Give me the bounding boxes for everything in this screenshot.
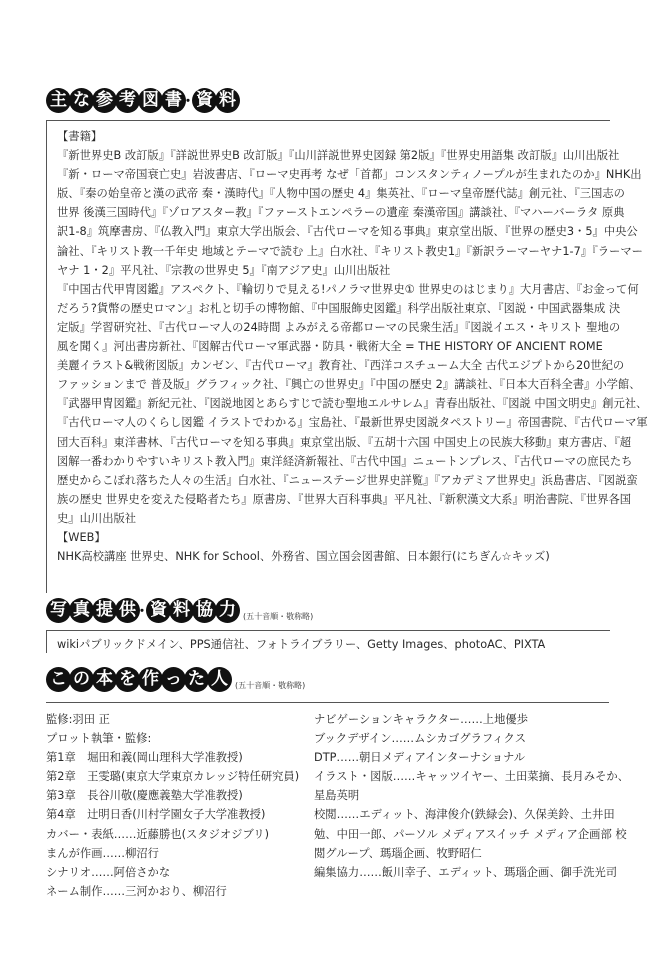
photo-credits-box: wikiパブリックドメイン、PPS通信社、フォトライブラリー、Getty Ima… [46, 630, 610, 653]
photo-credits-title-char: 真 [69, 598, 94, 623]
staff-credit-line: 閲グループ、瑪瑙企画、牧野昭仁 [314, 844, 629, 863]
book-reference-line: 『新世界史B 改訂版』『詳説世界史B 改訂版』『山川詳説世界史図録 第2版』『世… [57, 146, 610, 165]
staff-box: 監修:羽田 正プロット執筆・監修:第1章 堀田和義(岡山理科大学准教授)第2章 … [46, 702, 609, 903]
staff-credit-line: 第1章 堀田和義(岡山理科大学准教授) [46, 748, 299, 767]
book-reference-line: 『新・ローマ帝国衰亡史』岩波書店、『ローマ史再考 なぜ「首都」コンスタンティノー… [57, 165, 610, 184]
book-reference-line: 論社、『キリスト教一千年史 地域とテーマで読む 上』白水社、『キリスト教史1』『… [57, 242, 610, 261]
references-box: 【書籍】 『新世界史B 改訂版』『詳説世界史B 改訂版』『山川詳説世界史図録 第… [46, 120, 610, 593]
staff-left-column: 監修:羽田 正プロット執筆・監修:第1章 堀田和義(岡山理科大学准教授)第2章 … [46, 710, 299, 901]
staff-heading: この本を作った人 (五十音順・敬称略) [46, 667, 305, 692]
book-reference-line: 『武器甲冑図鑑』新紀元社、『図説地図とあらすじで読む聖地エルサレム』青春出版社、… [57, 394, 610, 413]
photo-credits-title-char: 写 [46, 598, 71, 623]
book-reference-line: 『中国古代甲冑図鑑』アスペクト、『輪切りで見える!パノラマ世界史① 世界史のはじ… [57, 280, 610, 299]
references-title-char: 考 [115, 88, 140, 113]
staff-title-char: こ [46, 667, 71, 692]
staff-credit-line: ブックデザイン……ムシカゴグラフィクス [314, 729, 629, 748]
book-reference-line: 歴史からこぼれ落ちた人々の生活』白水社、『ニューステージ世界史詳覧』『アカデミア… [57, 471, 610, 490]
book-reference-line: ファッションまで 普及版』グラフィック社、『興亡の世界史』『中国の歴史 2』講談… [57, 375, 610, 394]
book-reference-line: 図解一番わかりやすいキリスト教入門』東洋経済新報社、『古代中国』ニュートンプレス… [57, 452, 610, 471]
photo-credits-title-char: 力 [215, 598, 240, 623]
staff-credit-line: DTP……朝日メディアインターナショナル [314, 748, 629, 767]
photo-credits-title-char: 協 [192, 598, 217, 623]
book-reference-line: 美麗イラスト&戦術図版』カンゼン、『古代ローマ』教育社、『西洋コスチューム大全 … [57, 356, 610, 375]
staff-credit-line: 監修:羽田 正 [46, 710, 299, 729]
photo-credits-heading: 写真提供・資料協力 (五十音順・敬称略) [46, 598, 313, 623]
book-reference-line: だろう?貨幣の歴史ロマン』お札と切手の博物館、『中国服飾史図鑑』科学出版社東京、… [57, 299, 610, 318]
book-reference-line: 族の歴史 世界史を変えた侵略者たち』原書房、『世界大百科事典』平凡社、『新釈漢文… [57, 490, 610, 509]
references-title-char: 主 [46, 88, 71, 113]
staff-credit-line: 勉、中田一郎、パーソル メディアスイッチ メディア企画部 校 [314, 825, 629, 844]
references-title-separator: ・ [184, 88, 192, 113]
staff-title-char: 本 [92, 667, 117, 692]
photo-credits-text: wikiパブリックドメイン、PPS通信社、フォトライブラリー、Getty Ima… [57, 635, 610, 654]
photo-credits-title-separator: ・ [138, 598, 146, 623]
staff-credit-line: ネーム制作……三河かおり、柳沼行 [46, 882, 299, 901]
book-reference-line: ヤナ 1・2』平凡社、『宗教の世界史 5』『南アジア史』山川出版社 [57, 261, 610, 280]
staff-credit-line: プロット執筆・監修: [46, 729, 299, 748]
references-title-char: な [69, 88, 94, 113]
book-reference-line: 風を聞く』河出書房新社、『図解古代ローマ軍武器・防具・戦術大全 = THE HI… [57, 337, 610, 356]
photo-credits-note: (五十音順・敬称略) [243, 611, 313, 622]
photo-credits-title-char: 料 [169, 598, 194, 623]
staff-title-char: た [184, 667, 209, 692]
staff-credit-line: 第2章 王雯璐(東京大学東京カレッジ特任研究員) [46, 767, 299, 786]
references-title-char: 参 [92, 88, 117, 113]
photo-credits-title-char: 資 [146, 598, 171, 623]
staff-credit-line: カバー・表紙……近藤勝也(スタジオジブリ) [46, 825, 299, 844]
books-label: 【書籍】 [57, 127, 610, 146]
staff-credit-line: 校閲……エディット、海津俊介(鉄緑会)、久保美鈴、土井田 [314, 805, 629, 824]
staff-credit-line: まんが作画……柳沼行 [46, 844, 299, 863]
book-reference-line: 版、『秦の始皇帝と漢の武帝 秦・漢時代』『人物中国の歴史 4』集英社、『ローマ皇… [57, 184, 610, 203]
staff-title-char: っ [161, 667, 186, 692]
staff-credit-line: 第3章 長谷川敬(慶應義塾大学准教授) [46, 786, 299, 805]
book-reference-line: 史』山川出版社 [57, 509, 610, 528]
staff-credit-line: 星島英明 [314, 786, 629, 805]
web-sources: NHK高校講座 世界史、NHK for School、外務省、国立国会図書館、日… [57, 547, 610, 566]
staff-credit-line: シナリオ……阿倍さかな [46, 863, 299, 882]
staff-title-char: 作 [138, 667, 163, 692]
staff-title-char: の [69, 667, 94, 692]
staff-credit-line: 編集協力……飯川幸子、エディット、瑪瑙企画、御手洗光司 [314, 863, 629, 882]
references-title-char: 料 [215, 88, 240, 113]
photo-credits-title-char: 提 [92, 598, 117, 623]
web-label: 【WEB】 [57, 528, 610, 547]
book-reference-line: 訳1-8』筑摩書房、『仏教入門』東京大学出版会、『古代ローマを知る事典』東京堂出… [57, 222, 610, 241]
staff-credit-line: イラスト・図版……キャッツイヤー、土田菜摘、長月みそか、 [314, 767, 629, 786]
book-reference-line: 世界 後漢三国時代』『ゾロアスター教』『ファーストエンペラーの遺産 秦漢帝国』講… [57, 203, 610, 222]
staff-title-char: を [115, 667, 140, 692]
book-reference-line: 『古代ローマ人のくらし図鑑 イラストでわかる』宝島社、『最新世界史図説タペストリ… [57, 413, 610, 432]
references-title-char: 資 [192, 88, 217, 113]
book-reference-line: 定版』学習研究社、『古代ローマ人の24時間 よみがえる帝都ローマの民衆生活』『図… [57, 318, 610, 337]
references-title-char: 図 [138, 88, 163, 113]
references-heading: 主な参考図書・資料 [46, 88, 238, 113]
book-reference-line: 団大百科』東洋書林、『古代ローマを知る事典』東京堂出版、『五胡十六国 中国史上の… [57, 433, 610, 452]
staff-credit-line: ナビゲーションキャラクター……上地優歩 [314, 710, 629, 729]
staff-title-char: 人 [207, 667, 232, 692]
staff-credit-line: 第4章 辻明日香(川村学園女子大学准教授) [46, 805, 299, 824]
staff-right-column: ナビゲーションキャラクター……上地優歩ブックデザイン……ムシカゴグラフィクスDT… [314, 710, 629, 882]
staff-note: (五十音順・敬称略) [235, 680, 305, 691]
